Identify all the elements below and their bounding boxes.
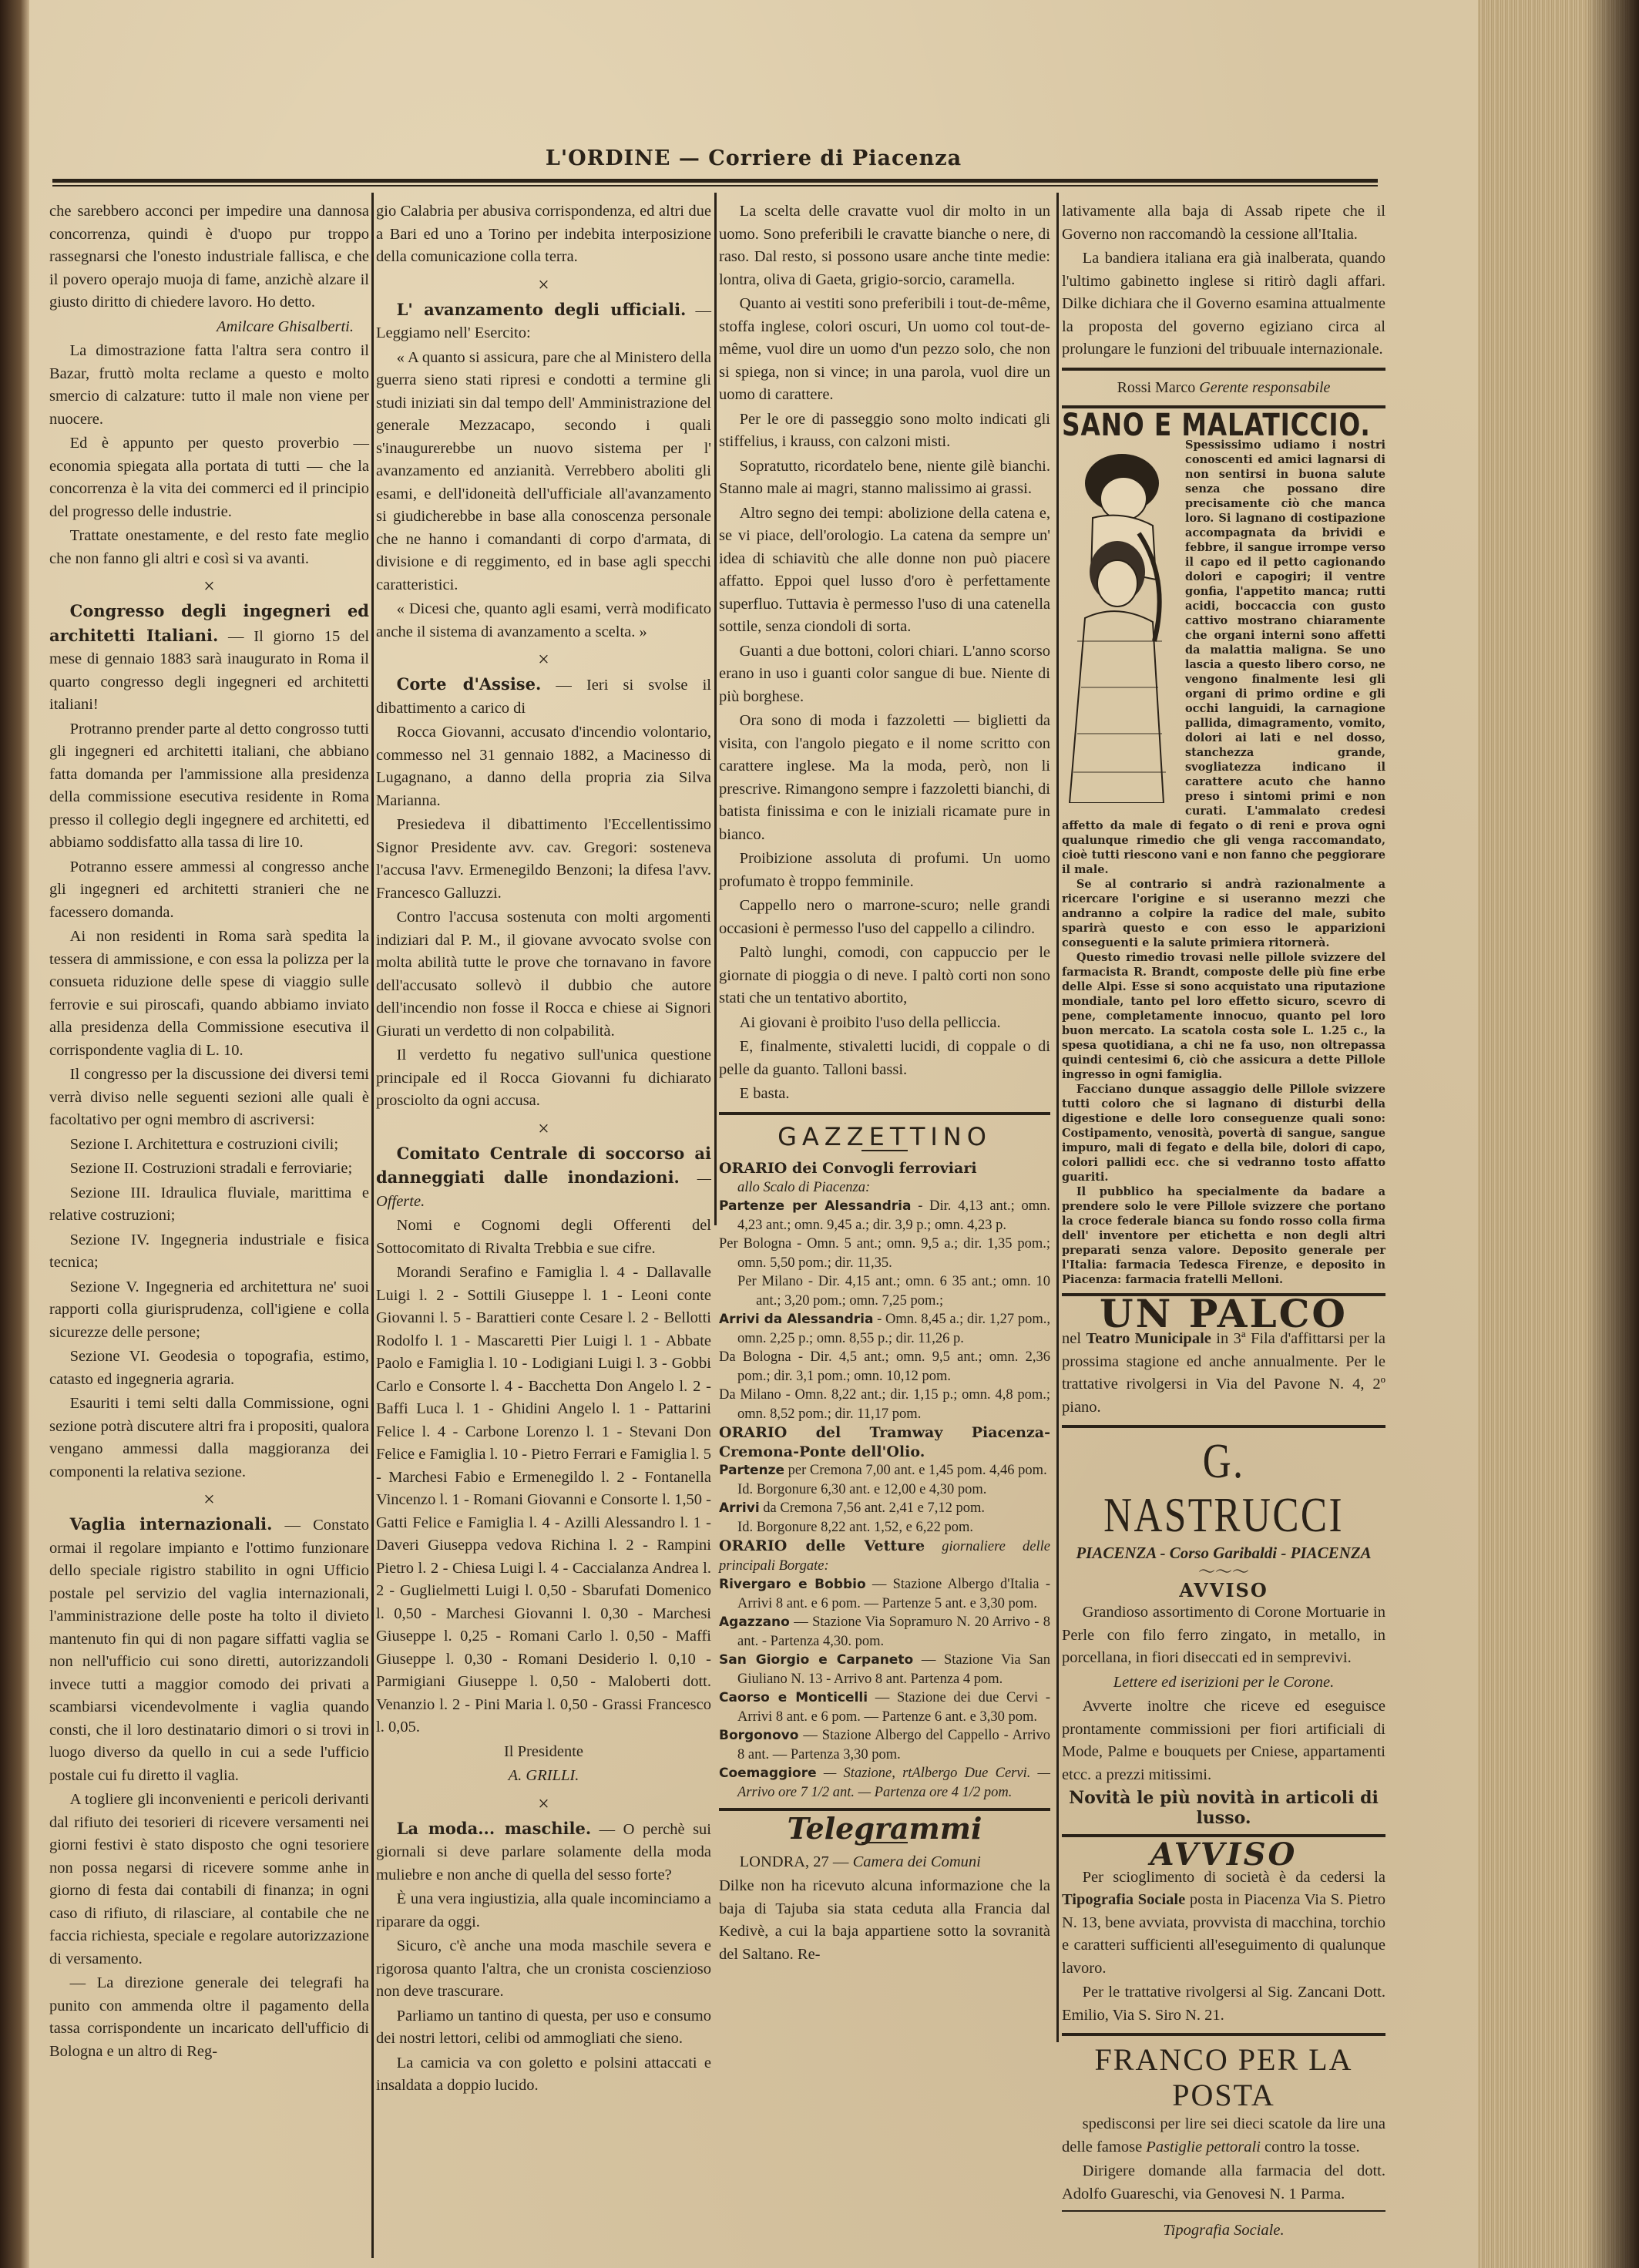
article-text: La camicia va con goletto e polsini atta…: [376, 2052, 711, 2098]
telegrammi-title: Telegrammi: [719, 1817, 1050, 1840]
ad-body: spedisconsi per lire sei dieci scatole d…: [1062, 2113, 1385, 2159]
column-rule-3: [1056, 193, 1059, 2042]
ad-body: Il pubblico ha specialmente da badare a …: [1062, 1184, 1385, 1287]
ad-title: UN PALCO: [1062, 1302, 1385, 1326]
article-text: Presiedeva il dibattimento l'Eccellentis…: [376, 814, 711, 905]
column-1: che sarebbero acconci per impedire una d…: [49, 200, 369, 2065]
headline: Comitato Centrale di soccorso ai dannegg…: [376, 1144, 711, 1188]
ad-body: Grandioso assortimento di Corone Mortuar…: [1062, 1601, 1385, 1670]
article-text: Rocca Giovanni, accusato d'incendio volo…: [376, 721, 711, 812]
article-text: che sarebbero acconci per impedire una d…: [49, 200, 369, 314]
article-text: Quanto ai vestiti sono preferibili i tou…: [719, 293, 1050, 407]
article-text: È una vera ingiustizia, alla quale incom…: [376, 1888, 711, 1934]
masthead-rule: [52, 179, 1378, 186]
schedule-header: ORARIO delle Vetture giornaliere delle p…: [719, 1537, 1050, 1575]
article-text: Ed è appunto per questo proverbio — econ…: [49, 432, 369, 523]
train-schedule: ORARIO dei Convogli ferroviari allo Scal…: [719, 1159, 1050, 1802]
article-text: Altro segno dei tempi: abolizione della …: [719, 502, 1050, 639]
avviso-heading: AVVISO: [1062, 1579, 1385, 1602]
ad-body: Questo rimedio trovasi nelle pillole svi…: [1062, 950, 1385, 1082]
article-text: La dimostrazione fatta l'altra sera cont…: [49, 340, 369, 431]
ad-franco-posta: FRANCO PER LA POSTA spedisconsi per lire…: [1062, 2042, 1385, 2206]
article-text: Ai non residenti in Roma sarà spedita la…: [49, 926, 369, 1062]
article-text: Proibizione assoluta di profumi. Un uomo…: [719, 848, 1050, 893]
schedule-row: Per Milano - Dir. 4,15 ant.; omn. 6 35 a…: [719, 1272, 1050, 1310]
section-rule: [1062, 2210, 1385, 2212]
schedule-row: Caorso e Monticelli — Stazione dei due C…: [719, 1688, 1050, 1726]
schedule-row: Arrivi da Alessandria - Omn. 8,45 a.; di…: [719, 1310, 1050, 1348]
article-text: Cappello nero o marrone-scuro; nelle gra…: [719, 895, 1050, 940]
article-text: Potranno essere ammessi al congresso anc…: [49, 856, 369, 925]
article-text: Per le ore di passeggio sono molto indic…: [719, 408, 1050, 454]
section-rule: [1062, 368, 1385, 371]
ad-tipografia-avviso: AVVISO Per scioglimento di società è da …: [1062, 1843, 1385, 2027]
article-text: Ai giovani è proibito l'uso della pellic…: [719, 1012, 1050, 1035]
mother-child-illustration-icon: [1062, 441, 1177, 803]
ad-body: Lettere ed iserizioni per le Corone.: [1062, 1672, 1385, 1695]
article-text: Ora sono di moda i fazzoletti — bigliett…: [719, 710, 1050, 846]
sezione-item: Sezione V. Ingegneria ed architettura ne…: [49, 1276, 369, 1345]
article-vaglia: Vaglia internazionali. — Constato ormai …: [49, 1513, 369, 1787]
page-stack-edge: [1478, 0, 1639, 2268]
article-text: « A quanto si assicura, pare che al Mini…: [376, 347, 711, 597]
ad-title: FRANCO PER LA POSTA: [1062, 2042, 1385, 2113]
article-text: gio Calabria per abusiva corrispondenza,…: [376, 200, 711, 269]
signature: Amilcare Ghisalberti.: [49, 316, 369, 339]
schedule-row: Da Milano - Omn. 8,22 ant.; dir. 1,15 p.…: [719, 1386, 1050, 1423]
article-moda: La moda... maschile. — O perchè sui gior…: [376, 1817, 711, 1887]
article-text: Esauriti i temi selti dalla Commissione,…: [49, 1393, 369, 1483]
swash-ornament-icon: 〜〜〜: [1062, 1565, 1385, 1579]
article-text: Nomi e Cognomi degli Offerenti del Sotto…: [376, 1215, 711, 1260]
ad-tagline: Novità le più novità in articoli di luss…: [1062, 1788, 1385, 1828]
headline: La moda... maschile.: [397, 1819, 592, 1838]
schedule-header: ORARIO dei Convogli ferroviari: [719, 1159, 1050, 1178]
schedule-row: Partenze per Cremona 7,00 ant. e 1,45 po…: [719, 1461, 1050, 1480]
president-label: Il Presidente: [376, 1741, 711, 1764]
article-text: Il congresso per la discussione dei dive…: [49, 1063, 369, 1132]
schedule-row: Id. Borgonure 8,22 ant. 1,52, e 6,22 pom…: [719, 1518, 1050, 1537]
article-comitato: Comitato Centrale di soccorso ai dannegg…: [376, 1142, 711, 1214]
ad-nastrucci: G. NASTRUCCI PIACENZA - Corso Garibaldi …: [1062, 1434, 1385, 1828]
article-text: Guanti a due bottoni, colori chiari. L'a…: [719, 640, 1050, 709]
section-separator: ×: [376, 1117, 711, 1141]
article-text: Paltò lunghi, comodi, con cappuccio per …: [719, 942, 1050, 1010]
schedule-row: Partenze per Alessandria - Dir. 4,13 ant…: [719, 1197, 1050, 1235]
article-text: La scelta delle cravatte vuol dir molto …: [719, 200, 1050, 291]
book-binding-left: [0, 0, 29, 2268]
article-text: — La direzione generale dei telegrafi ha…: [49, 1972, 369, 2063]
ad-body: Se al contrario si andrà razionalmente a…: [1062, 877, 1385, 950]
article-text: Parliamo un tantino di questa, per uso e…: [376, 2005, 711, 2051]
headline: Vaglia internazionali.: [70, 1514, 273, 1534]
section-separator: ×: [49, 1488, 369, 1511]
article-text: Sopratutto, ricordatelo bene, niente gil…: [719, 455, 1050, 501]
column-4: lativamente alla baja di Assab ripete ch…: [1062, 200, 1385, 2243]
ad-title: SANO E MALATICCIO.: [1062, 415, 1327, 438]
section-rule: [1062, 1425, 1385, 1428]
column-rule-1: [371, 193, 374, 2258]
ad-title: G. NASTRUCCI: [1094, 1434, 1353, 1542]
article-text: Dilke non ha ricevuto alcuna informazion…: [719, 1875, 1050, 1966]
column-rule-2: [714, 193, 717, 1225]
article-text: E, finalmente, stivaletti lucidi, di cop…: [719, 1036, 1050, 1081]
article-text: Protranno prender parte al detto congros…: [49, 718, 369, 855]
section-rule: [1062, 2033, 1385, 2036]
article-text: lativamente alla baja di Assab ripete ch…: [1062, 200, 1385, 246]
gazzettino-title: GAZZETTINO: [719, 1126, 1050, 1149]
schedule-row: Id. Borgonure 6,30 ant. e 12,00 e 4,30 p…: [719, 1480, 1050, 1500]
schedule-header: ORARIO del Tramway Piacenza-Cremona-Pont…: [719, 1423, 1050, 1461]
article-congresso: Congresso degli ingegneri ed architetti …: [49, 600, 369, 717]
president-name: A. GRILLI.: [376, 1765, 711, 1788]
donor-list: Morandi Serafino e Famiglia l. 4 - Dalla…: [376, 1262, 711, 1739]
article-text: E basta.: [719, 1083, 1050, 1106]
sezione-item: Sezione I. Architettura e costruzioni ci…: [49, 1134, 369, 1157]
article-text: Trattate onestamente, e del resto fate m…: [49, 525, 369, 570]
masthead-title: L'ORDINE — Corriere di Piacenza: [29, 146, 1478, 170]
schedule-subheader: allo Scalo di Piacenza:: [719, 1178, 1050, 1198]
ad-body: Avverte inoltre che riceve ed eseguisce …: [1062, 1695, 1385, 1786]
section-separator: ×: [376, 1793, 711, 1816]
column-3: La scelta delle cravatte vuol dir molto …: [719, 200, 1050, 1967]
column-2: gio Calabria per abusiva corrispondenza,…: [376, 200, 711, 2099]
ad-body: Dirigere domande alla farmacia del dott.…: [1062, 2160, 1385, 2206]
section-rule: [719, 1112, 1050, 1115]
article-text: Contro l'accusa sostenuta con molti argo…: [376, 906, 711, 1043]
section-separator: ×: [376, 648, 711, 671]
schedule-row: Coemaggiore — Stazione, rtAlbergo Due Ce…: [719, 1764, 1050, 1802]
colophon: Tipografia Sociale.: [1062, 2219, 1385, 2243]
telegram-dateline: LONDRA, 27 — Camera dei Comuni: [719, 1851, 1050, 1874]
ad-body: Per le trattative rivolgersi al Sig. Zan…: [1062, 1981, 1385, 2027]
ad-sano-malaticcio: SANO E MALATICCIO. Spessissimo udiamo i …: [1062, 415, 1385, 1287]
article-text: « Dicesi che, quanto agli esami, verrà m…: [376, 598, 711, 643]
section-separator: ×: [376, 274, 711, 297]
section-separator: ×: [49, 575, 369, 598]
article-text: Il verdetto fu negativo sull'unica quest…: [376, 1044, 711, 1113]
headline: Corte d'Assise.: [397, 674, 542, 694]
headline: L' avanzamento degli ufficiali.: [397, 300, 687, 319]
ad-un-palco: UN PALCO nel Teatro Municipale in 3ª Fil…: [1062, 1302, 1385, 1420]
ad-body: Facciano dunque assaggio delle Pillole s…: [1062, 1082, 1385, 1184]
schedule-row: Arrivi da Cremona 7,56 ant. 2,41 e 7,12 …: [719, 1499, 1050, 1518]
article-text: A togliere gli inconvenienti e pericoli …: [49, 1789, 369, 1971]
newspaper-page: L'ORDINE — Corriere di Piacenza che sare…: [29, 0, 1478, 2268]
sezione-item: Sezione II. Costruzioni stradali e ferro…: [49, 1158, 369, 1181]
gerente-line: Rossi Marco Gerente responsabile: [1062, 377, 1385, 400]
article-avanzamento: L' avanzamento degli ufficiali. — Leggia…: [376, 298, 711, 345]
schedule-row: Rivergaro e Bobbio — Stazione Albergo d'…: [719, 1575, 1050, 1613]
schedule-row: Agazzano — Stazione Via Sopramuro N. 20 …: [719, 1613, 1050, 1651]
avviso-heading: AVVISO: [1062, 1843, 1385, 1866]
schedule-row: Da Bologna - Dir. 4,5 ant.; omn. 9,5 ant…: [719, 1348, 1050, 1386]
sezione-item: Sezione IV. Ingegneria industriale e fis…: [49, 1229, 369, 1275]
sezione-item: Sezione III. Idraulica fluviale, maritti…: [49, 1182, 369, 1228]
article-text: Sicuro, c'è anche una moda maschile seve…: [376, 1935, 711, 2004]
schedule-row: Per Bologna - Omn. 5 ant.; omn. 9,5 a.; …: [719, 1235, 1050, 1272]
article-text: La bandiera italiana era già inalberata,…: [1062, 247, 1385, 361]
ad-body: Per scioglimento di società è da cedersi…: [1062, 1866, 1385, 1981]
sezione-item: Sezione VI. Geodesia o topografia, estim…: [49, 1346, 369, 1391]
article-corte: Corte d'Assise. — Ieri si svolse il diba…: [376, 673, 711, 720]
schedule-row: San Giorgio e Carpaneto — Stazione Via S…: [719, 1651, 1050, 1688]
ad-body: nel Teatro Municipale in 3ª Fila d'affit…: [1062, 1328, 1385, 1419]
schedule-row: Borgonovo — Stazione Albergo del Cappell…: [719, 1726, 1050, 1764]
